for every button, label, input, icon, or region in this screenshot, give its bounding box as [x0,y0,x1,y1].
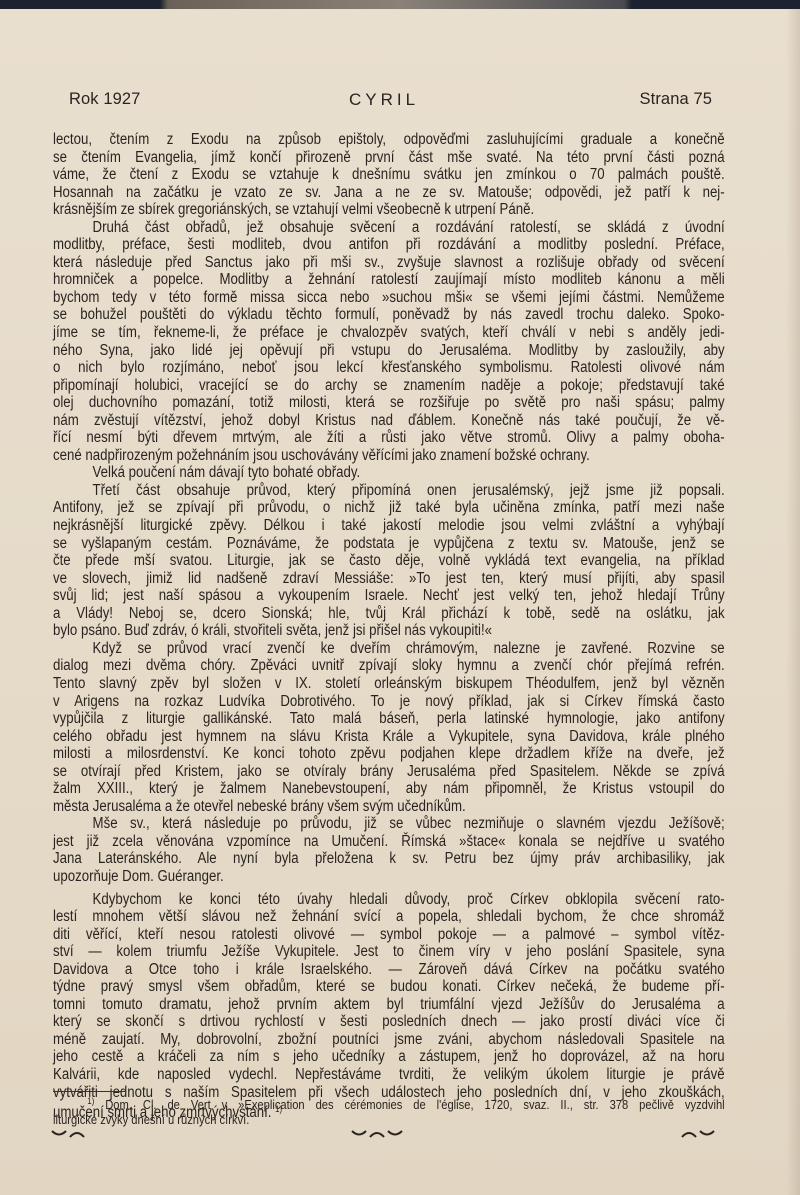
text-line: váme, že čtení z Exodu se vztahuje k dne… [53,166,725,184]
text-line: Třetí část obsahuje průvod, který připom… [53,482,725,500]
text-line: Davidova a Otce toho i krále Israelského… [53,961,725,979]
header-page-number: Strana 75 [640,90,712,109]
text-line: bychom tedy v této formě missa sicca neb… [53,289,725,307]
text-line: která následuje před Sanctus jako při mš… [53,254,725,272]
text-line: svůj lid; jest naší spásou a vykoupením … [53,587,725,605]
text-line: Kalvárii, kde naposled vydechl. Nepřestá… [53,1066,725,1084]
text-line: diti věřící, kteří nesou ratolesti olivo… [53,926,725,944]
text-line: olej duchovního pomazání, totiž milosti,… [53,394,725,412]
text-line: Kdybychom ke konci této úvahy hledali dů… [53,891,725,909]
footnote-rule [53,1091,126,1092]
ornament-left [50,1128,90,1140]
text-line: Velká poučení nám dávají tyto bohaté obř… [53,464,725,482]
text-line: v Arigens na rozkaz Ludvíka Dobrotivého.… [53,693,725,711]
text-line: lestí mnohem větší slávou než žehnání sv… [53,908,725,926]
article-body: lectou, čtením z Exodu na způsob epištol… [53,131,725,1119]
header-year: Rok 1927 [69,90,140,109]
text-line: se čtením Evangelia, jímž končí přirozen… [53,149,725,167]
text-line: nejkrásnější liturgické zpěvy. Délkou i … [53,517,725,535]
footnote-line-1: 1) Dom. Cl. de Vert v »Exeplication des … [53,1094,725,1112]
text-line: Druhá část obřadů, jež obsahuje svěcení … [53,219,725,237]
text-line: a Vlády! Neboj se, dcero Sionská; hle, t… [53,605,725,623]
text-line: týdne pravý smysl všem obřadům, které se… [53,978,725,996]
text-line: modlitby, préface, šesti modliteb, dvou … [53,236,725,254]
text-line: bylo psáno. Buď zdráv, ó králi, stvořite… [53,622,725,640]
text-line: lectou, čtením z Exodu na způsob epištol… [53,131,725,149]
text-line: milosti a milosrdenství. Ke konci tohoto… [53,745,725,763]
text-line: se bohužel pouštěti do výkladu těchto fo… [53,306,725,324]
text-line: dialog mezi dvěma chóry. Zpěváci uvnitř … [53,657,725,675]
text-line: Mše sv., která následuje po průvodu, již… [53,815,725,833]
text-line: se vyšlapaným cestám. Poznáváme, že pods… [53,535,725,553]
page-right-edge-shadow [786,9,800,1195]
text-line: nám zvěstují vítězství, jehož dobyl Kris… [53,412,725,430]
text-line: žalm XXIII., který je žalmem Nanebevstou… [53,780,725,798]
text-line: který se skončí s drtivou rychlostí v še… [53,1013,725,1031]
ornament-center [350,1128,410,1140]
text-line: krásnějším ze sbírek gregoriánských, se … [53,201,725,219]
text-line: méně zaujatí. My, dobrovolní, zbožní pou… [53,1031,725,1049]
text-line: celého obřadu jest hymnem na slávu Krist… [53,728,725,746]
text-line: tomni tomuto dramatu, jehož prvním aktem… [53,996,725,1014]
footnote-marker: 1) [87,1096,94,1106]
text-line: se otvírají před Kristem, jako se otvíra… [53,763,725,781]
text-line: čte přede mší svatou. Liturgie, jak se č… [53,552,725,570]
text-line: ného Syna, jako lidé jej opěvují při vst… [53,342,725,360]
running-header: Rok 1927 CYRIL Strana 75 [69,90,712,114]
text-line: jest již zcela věnována vzpomínce na Umu… [53,833,725,851]
text-line: upozorňuje Dom. Guéranger. [53,868,725,886]
ornament-right [680,1128,720,1140]
scan-top-edge [0,0,800,9]
footnote-line-2: liturgické zvyky dnešní u různých církví… [53,1112,725,1127]
text-line: ství — kolem triumfu Ježíše Vykupitele. … [53,943,725,961]
text-line: Tento slavný zpěv byl složen v IX. stole… [53,675,725,693]
footnote: 1) Dom. Cl. de Vert v »Exeplication des … [53,1094,725,1127]
text-line: cené nadpřirozeným požehnáním jsou uscho… [53,447,725,465]
text-line: připomínají holubici, vracející se do ar… [53,377,725,395]
text-line: ve slovech, jimiž lid nadšeně zdraví Mes… [53,570,725,588]
text-line: Když se průvod vrací zvenčí ke dveřím ch… [53,640,725,658]
text-line: jeho cestě a kráčeli za ním s jeho učedn… [53,1048,725,1066]
text-line: města Jerusaléma a že otevřel nebeské br… [53,798,725,816]
text-line: jíme se tím, řekneme-li, že préface je c… [53,324,725,342]
header-journal-title: CYRIL [349,90,419,110]
text-line: Antifony, jež se zpívají při průvodu, o … [53,499,725,517]
text-line: vypůjčila z liturgie gallikánské. Tato m… [53,710,725,728]
text-line: Jana Lateránského. Ale nyní byla přelože… [53,850,725,868]
text-line: Hosannah na začátku je vzato ze sv. Jana… [53,184,725,202]
text-line: řící nesmí býti dřevem mrtvým, ale žíti … [53,429,725,447]
text-line: hromniček a popelce. Modlitby a žehnání … [53,271,725,289]
text-line: o nich bylo rozjímáno, neboť jsou lekcí … [53,359,725,377]
